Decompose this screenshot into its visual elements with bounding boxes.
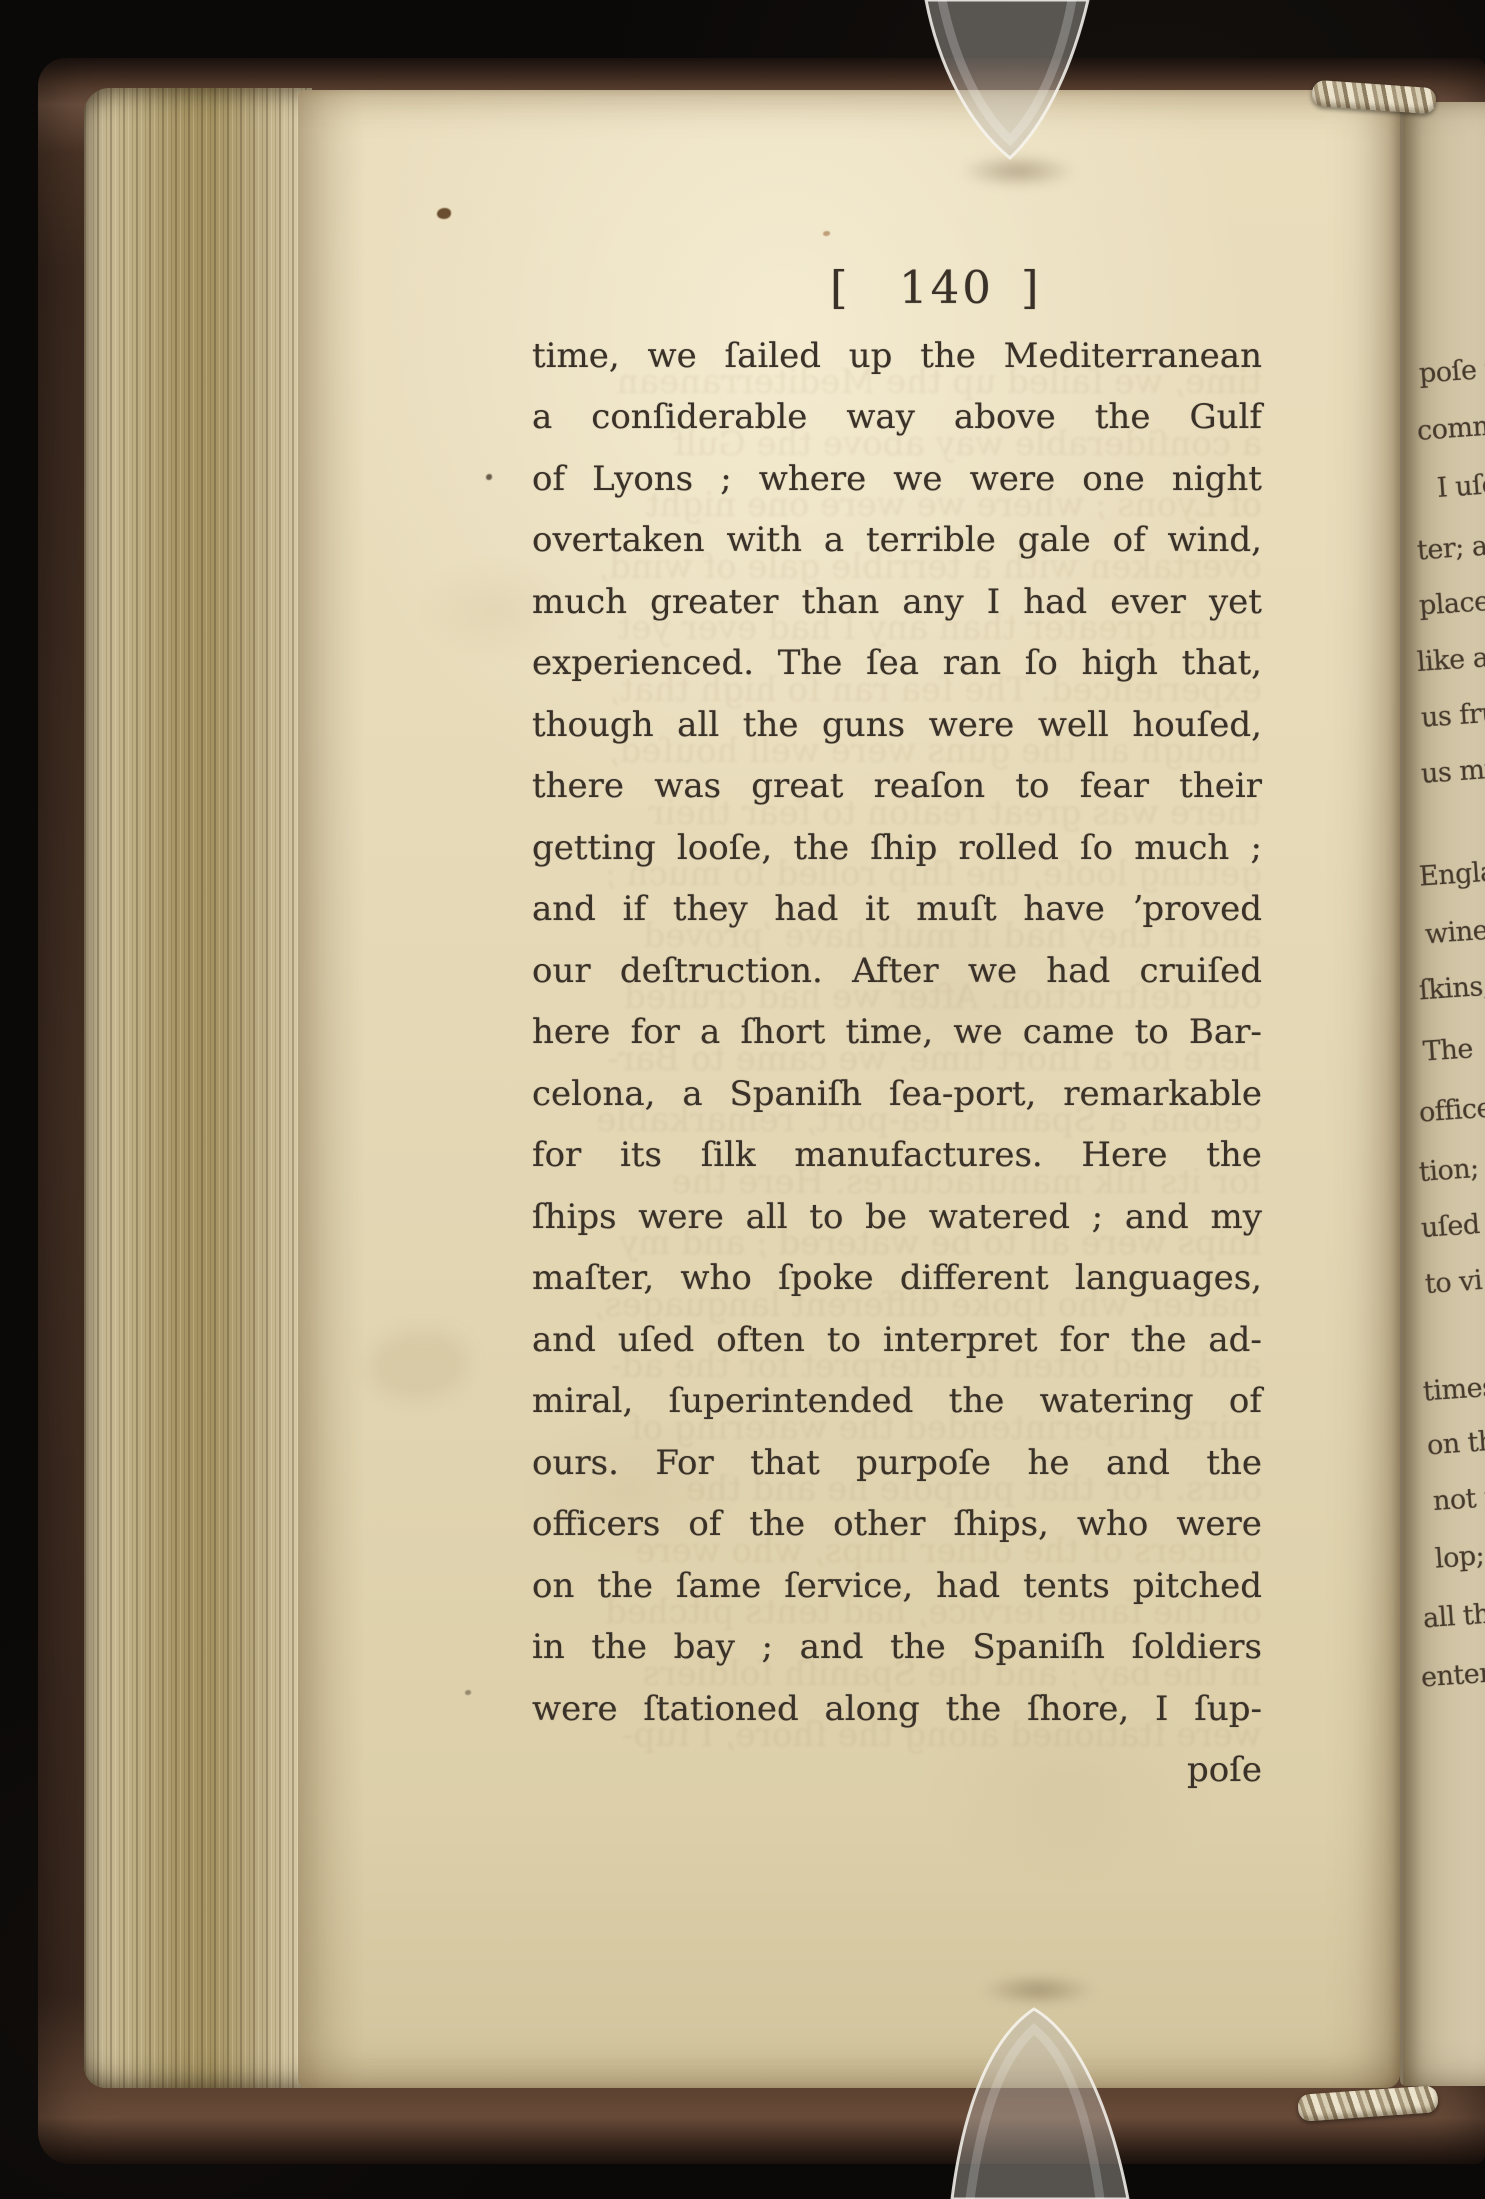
- page-number: 140: [899, 260, 967, 316]
- adjacent-page-fragment: tion;: [1418, 1152, 1480, 1190]
- text-line: anduſedoftentointerpretforthead-: [532, 1309, 1262, 1371]
- adjacent-page-fragment: to vi: [1424, 1264, 1483, 1302]
- text-line: time,weſaileduptheMediterranean: [532, 325, 1262, 387]
- adjacent-page: poſe tcommI uſeter; aplace.like a fus fr…: [1400, 102, 1485, 2086]
- adjacent-page-fragment: all th: [1422, 1598, 1485, 1637]
- plastic-clamp-top: [900, 0, 1120, 200]
- plastic-clamp-bottom: [930, 1985, 1170, 2199]
- text-line: therewasgreatreaſontofeartheir: [532, 756, 1262, 818]
- adjacent-page-fragment: on th: [1426, 1425, 1485, 1464]
- adjacent-page-fragment: comm: [1416, 409, 1485, 449]
- adjacent-page-fragment: ſkins,: [1418, 970, 1485, 1009]
- adjacent-page-fragment: uſed: [1420, 1208, 1481, 1246]
- header-bracket-left: [: [830, 260, 848, 316]
- text-line: ours.Forthatpurpoſeheandthe: [532, 1432, 1262, 1494]
- paper-stain: [368, 1330, 468, 1400]
- text-line: andiftheyhaditmuſthaveʼproved: [532, 879, 1262, 941]
- text-line: miral,ſuperintendedthewateringof: [532, 1371, 1262, 1433]
- text-line: inthebay;andtheSpaniſhſoldiers: [532, 1617, 1262, 1679]
- adjacent-page-fragment: enter: [1420, 1657, 1485, 1696]
- text-line: gettinglooſe,theſhiprolledſomuch;: [532, 817, 1262, 879]
- adjacent-page-fragment: not f: [1432, 1481, 1485, 1519]
- text-line: maſter,whoſpokedifferentlanguages,: [532, 1248, 1262, 1310]
- adjacent-page-fragment: times: [1422, 1371, 1485, 1410]
- text-line: overtakenwithaterriblegaleofwind,: [532, 510, 1262, 572]
- ink-speck: [823, 231, 830, 236]
- adjacent-page-fragment: us fru: [1420, 696, 1485, 735]
- text-line: officersoftheotherſhips,whowere: [532, 1494, 1262, 1556]
- text-line: ofLyons;wherewewereonenight: [532, 448, 1262, 510]
- adjacent-page-fragment: wine: [1424, 914, 1485, 952]
- adjacent-page-fragment: us mu: [1420, 752, 1485, 792]
- text-line: thoughallthegunswerewellhouſed,: [532, 694, 1262, 756]
- catchword: poſe: [532, 1740, 1262, 1802]
- adjacent-page-fragment: place.: [1418, 584, 1485, 623]
- text-line: muchgreaterthananyIhadeveryet: [532, 571, 1262, 633]
- book-photo: time, we ſailed up the Mediterraneana co…: [0, 0, 1485, 2199]
- text-line: hereforaſhorttime,wecametoBar-: [532, 1002, 1262, 1064]
- ink-speck: [486, 474, 492, 480]
- text-line: foritsſilkmanufactures.Herethe: [532, 1125, 1262, 1187]
- body-text: time,weſaileduptheMediterraneanaconſider…: [532, 325, 1262, 1740]
- adjacent-page-fragment: lop;: [1434, 1539, 1485, 1576]
- text-line: celona,aSpaniſhſea-port,remarkable: [532, 1063, 1262, 1125]
- text-line: ſhipswerealltobewatered;andmy: [532, 1186, 1262, 1248]
- page-header: [ 140 ]: [298, 260, 1400, 320]
- ink-speck: [437, 208, 451, 219]
- adjacent-page-fragment: office: [1418, 1091, 1485, 1130]
- ink-speck: [465, 1690, 471, 1695]
- text-line: wereſtationedalongtheſhore,Iſup-: [532, 1678, 1262, 1740]
- header-bracket-right: ]: [1021, 260, 1039, 316]
- adjacent-page-fragment: The: [1422, 1032, 1474, 1069]
- adjacent-page-fragment: I uſe: [1436, 468, 1485, 506]
- adjacent-page-fragment: ter; a: [1416, 530, 1485, 569]
- text-line: ourdeſtruction.Afterwehadcruiſed: [532, 940, 1262, 1002]
- text-line: experienced.Theſearanſohighthat,: [532, 633, 1262, 695]
- adjacent-page-fragment: poſe t: [1418, 352, 1485, 391]
- adjacent-page-fragment: Engla: [1418, 855, 1485, 894]
- page-edges-stack: [84, 88, 312, 2088]
- text-line: ontheſameſervice,hadtentspitched: [532, 1555, 1262, 1617]
- adjacent-page-fragment: like a f: [1416, 640, 1485, 680]
- text-line: aconſiderablewayabovetheGulf: [532, 387, 1262, 449]
- book-page: time, we ſailed up the Mediterraneana co…: [298, 90, 1400, 2088]
